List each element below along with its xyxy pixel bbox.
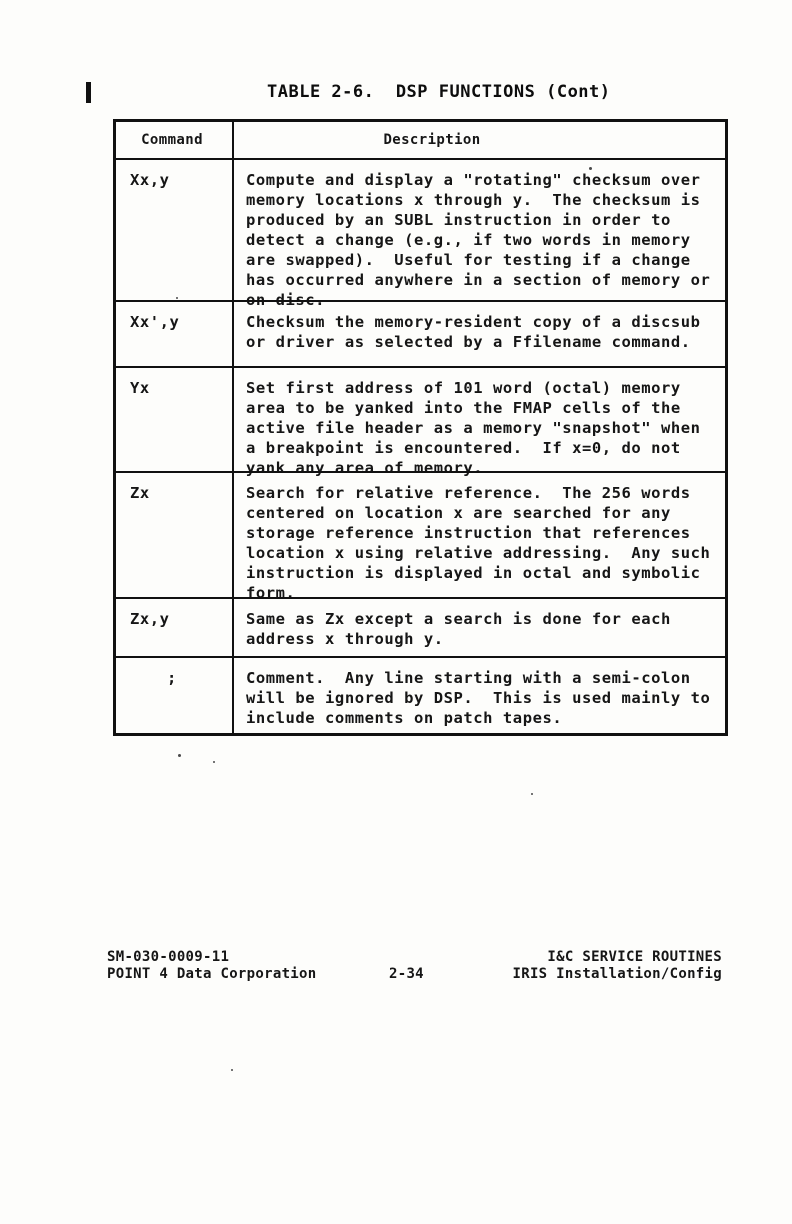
footer-company: POINT 4 Data Corporation (107, 966, 317, 982)
table-row: Zx,y Same as Zx except a search is done … (116, 597, 725, 656)
scan-speck (531, 793, 533, 795)
description-cell: Compute and display a "rotating" checksu… (234, 160, 725, 310)
footer-section: I&C SERVICE ROUTINES (547, 949, 722, 965)
scan-speck (176, 297, 178, 299)
command-cell: Zx,y (116, 599, 234, 656)
scan-speck (589, 167, 592, 170)
command-cell: Xx',y (116, 302, 234, 366)
table-row: Xx,y Compute and display a "rotating" ch… (116, 158, 725, 300)
document-page: TABLE 2-6. DSP FUNCTIONS (Cont) Command … (0, 0, 792, 1224)
table-header-row: Command Description (116, 122, 725, 158)
revision-change-bar (86, 82, 91, 103)
table-row: Yx Set first address of 101 word (octal)… (116, 366, 725, 471)
description-cell: Same as Zx except a search is done for e… (234, 599, 725, 656)
table-header-description: Description (234, 122, 725, 158)
table-row: ; Comment. Any line starting with a semi… (116, 656, 725, 733)
footer-right-block: I&C SERVICE ROUTINES IRIS Installation/C… (513, 949, 723, 983)
description-cell: Comment. Any line starting with a semi-c… (234, 658, 725, 733)
footer-manual: IRIS Installation/Config (513, 966, 723, 982)
command-cell: ; (116, 658, 234, 733)
description-cell: Search for relative reference. The 256 w… (234, 473, 725, 603)
scan-speck (231, 1069, 233, 1071)
footer-page-number: 2-34 (389, 966, 424, 983)
table-row: Xx',y Checksum the memory-resident copy … (116, 300, 725, 366)
command-cell: Xx,y (116, 160, 234, 310)
table-row: Zx Search for relative reference. The 25… (116, 471, 725, 597)
scan-speck (213, 761, 215, 763)
scan-speck (178, 754, 181, 757)
page-title: TABLE 2-6. DSP FUNCTIONS (Cont) (267, 82, 611, 102)
description-cell: Checksum the memory-resident copy of a d… (234, 302, 725, 366)
table-header-command: Command (116, 122, 234, 158)
dsp-functions-table: Command Description Xx,y Compute and dis… (113, 119, 728, 736)
command-cell: Yx (116, 368, 234, 478)
footer-doc-number: SM-030-0009-11 (107, 949, 229, 965)
description-cell: Set first address of 101 word (octal) me… (234, 368, 725, 478)
command-cell: Zx (116, 473, 234, 603)
footer-left-block: SM-030-0009-11 POINT 4 Data Corporation (107, 949, 317, 983)
